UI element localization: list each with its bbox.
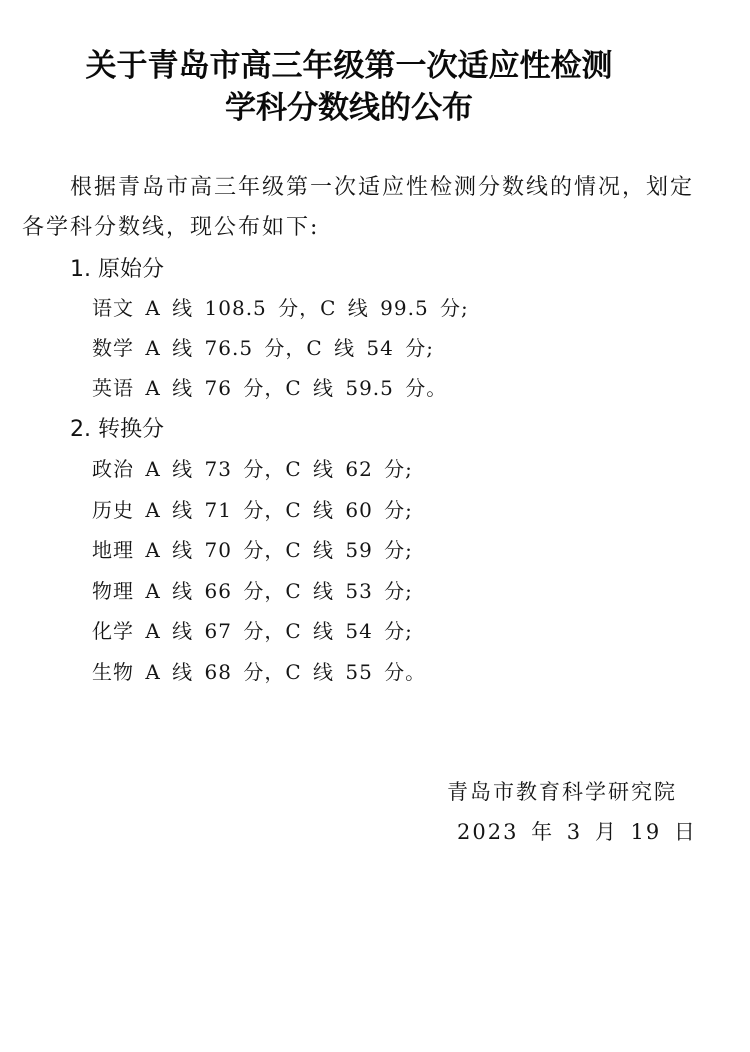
- score-line-biology: 生物 A 线 68 分，C 线 55 分。: [92, 656, 426, 685]
- score-line-politics: 政治 A 线 73 分，C 线 62 分;: [92, 453, 413, 482]
- score-line-english: 英语 A 线 76 分，C 线 59.5 分。: [92, 372, 447, 401]
- signature-date: 2023 年 3 月 19 日: [457, 816, 697, 846]
- score-line-chemistry: 化学 A 线 67 分，C 线 54 分;: [92, 615, 413, 644]
- section-heading-raw-score: 1. 原始分: [70, 252, 164, 283]
- document-title-line-2: 学科分数线的公布: [0, 82, 724, 127]
- score-line-geography: 地理 A 线 70 分，C 线 59 分;: [92, 534, 413, 563]
- intro-paragraph-line-2: 各学科分数线，现公布如下:: [22, 210, 319, 241]
- signature-organization: 青岛市教育科学研究院: [447, 776, 677, 806]
- score-line-physics: 物理 A 线 66 分，C 线 53 分;: [92, 575, 413, 604]
- section-heading-converted-score: 2. 转换分: [70, 412, 164, 443]
- score-line-history: 历史 A 线 71 分，C 线 60 分;: [92, 494, 413, 523]
- intro-paragraph-line-1: 根据青岛市高三年级第一次适应性检测分数线的情况，划定: [70, 170, 694, 201]
- score-line-chinese: 语文 A 线 108.5 分，C 线 99.5 分;: [92, 292, 469, 321]
- score-line-math: 数学 A 线 76.5 分，C 线 54 分;: [92, 332, 434, 361]
- document-title-line-1: 关于青岛市高三年级第一次适应性检测: [0, 40, 724, 85]
